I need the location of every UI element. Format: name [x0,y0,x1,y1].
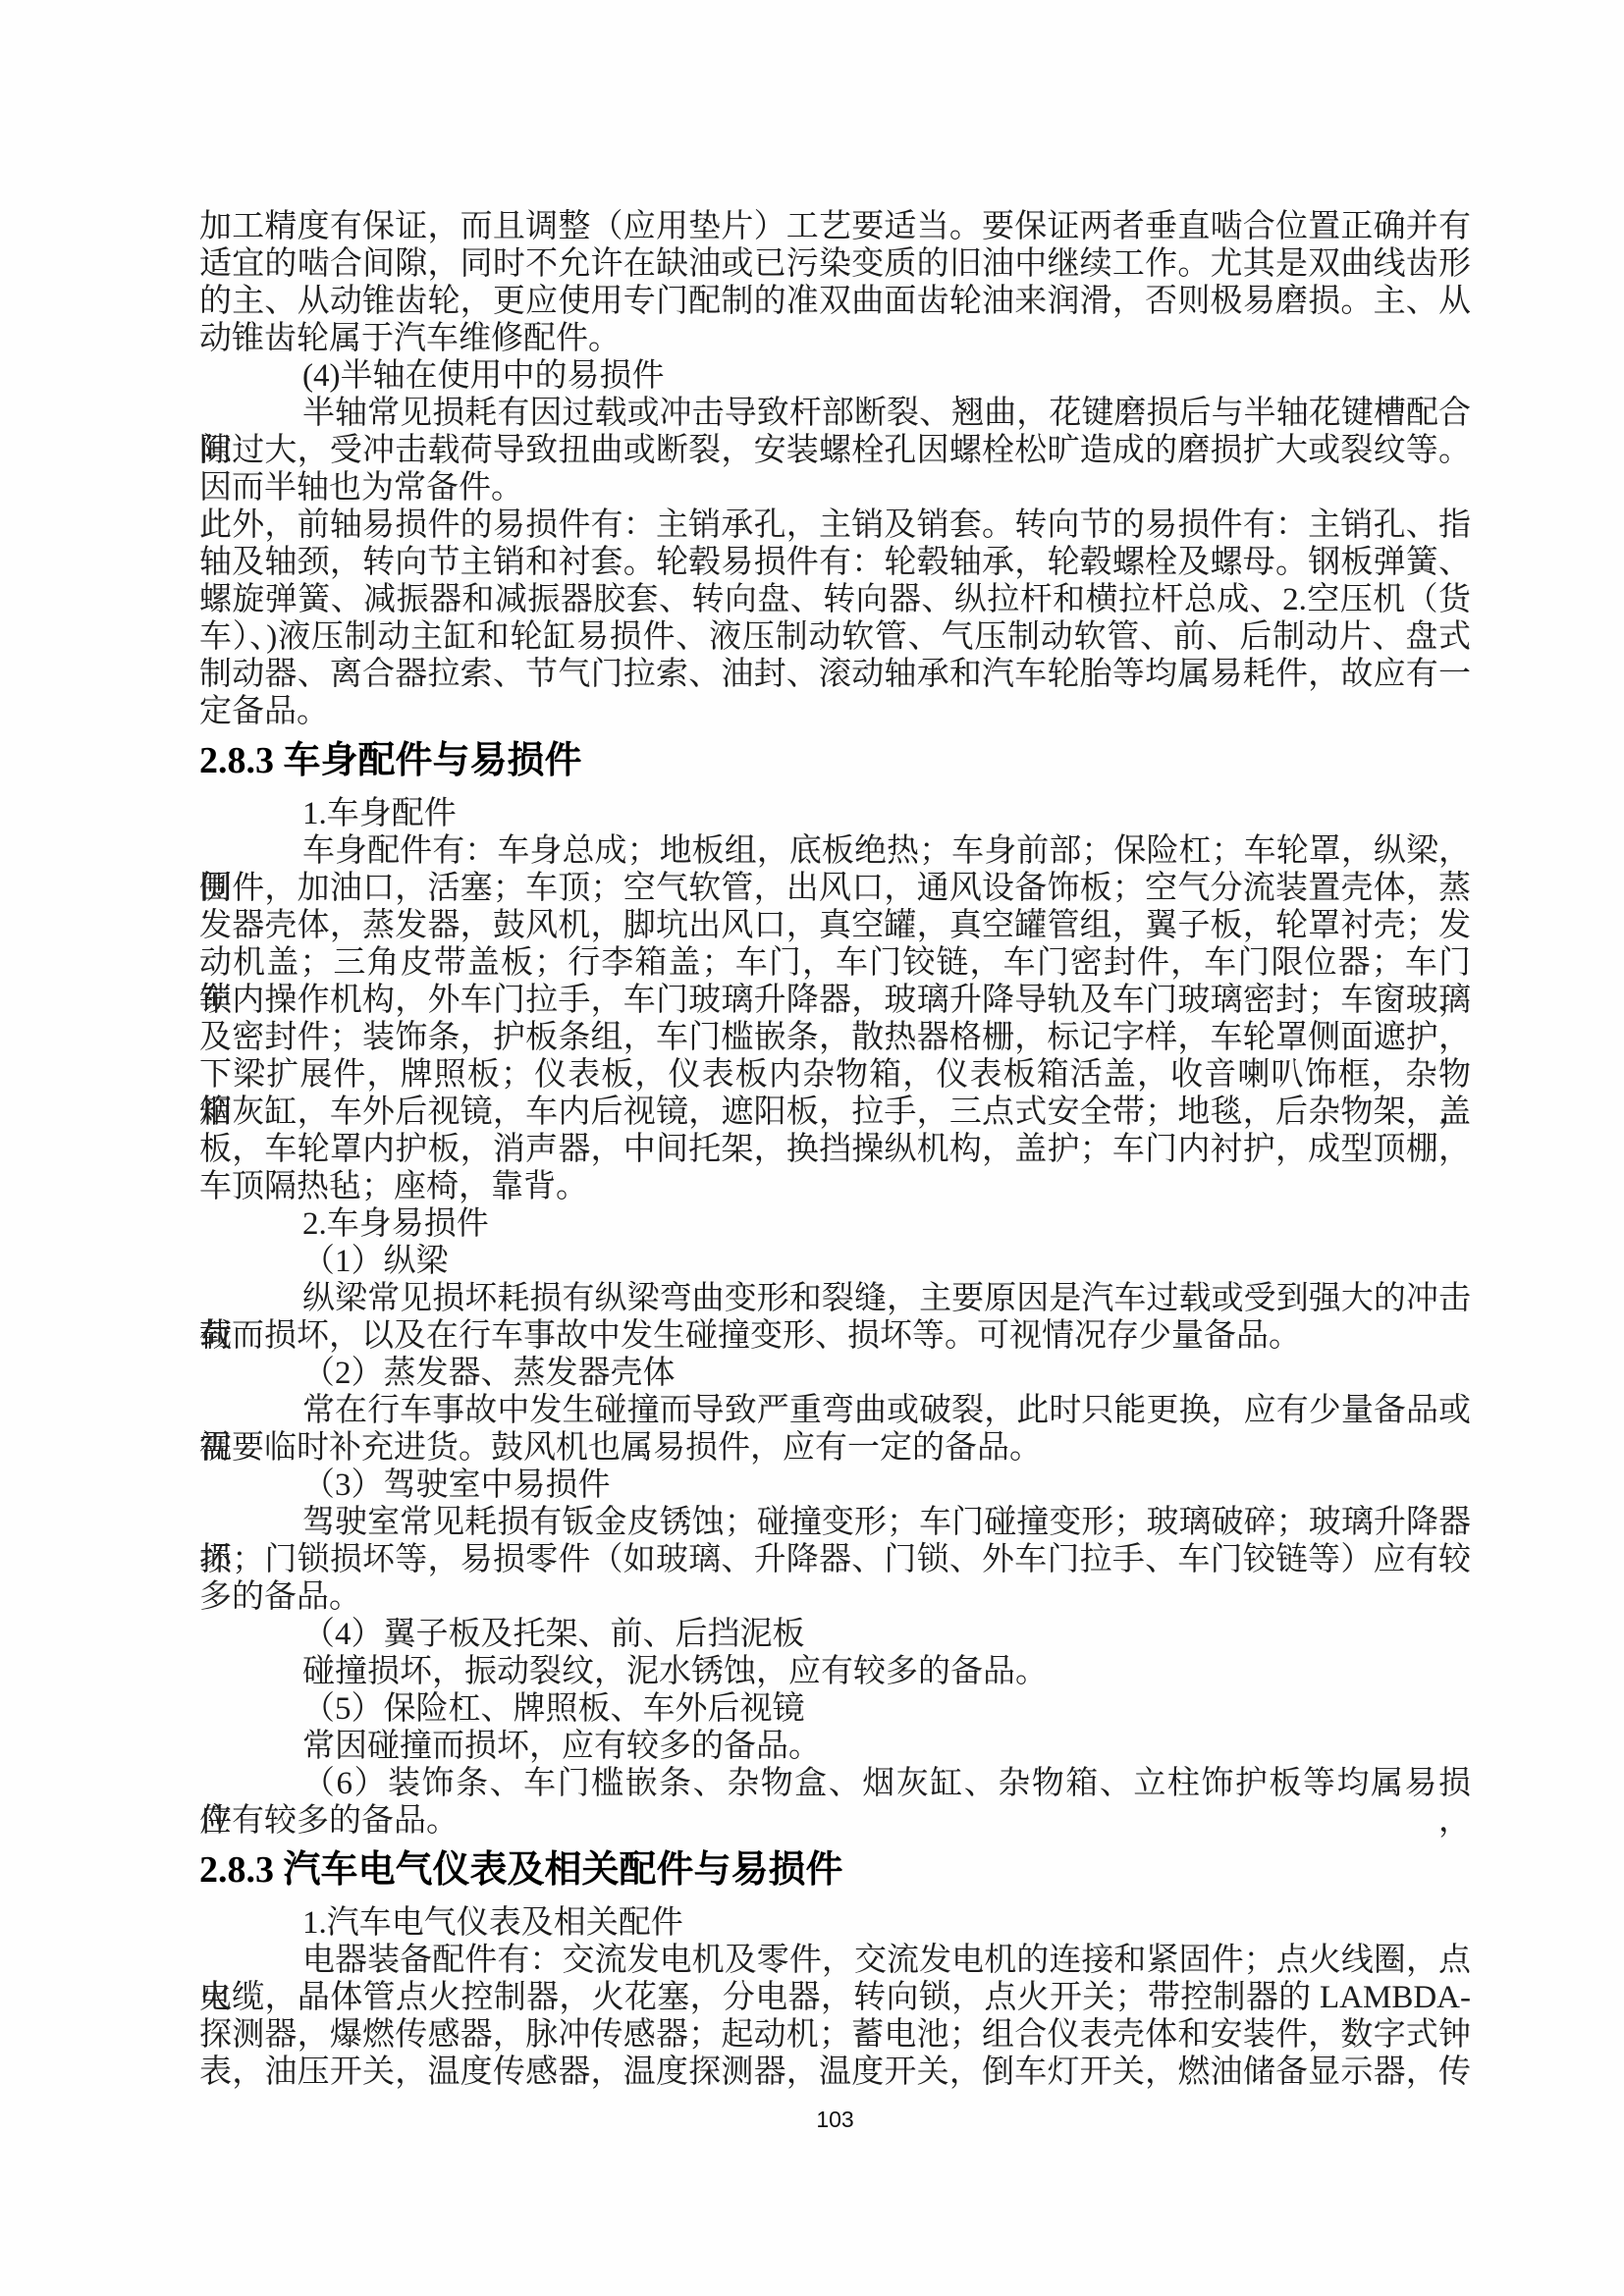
text-line: （2）蒸发器、蒸发器壳体 [199,1355,1471,1392]
text-line: 板，车轮罩内护板，消声器，中间托架，换挡操纵机构，盖护；车门内衬护，成型顶棚， [199,1131,1471,1168]
text-line: 车）、)液压制动主缸和轮缸易损件、液压制动软管、气压制动软管、前、后制动片、盘式 [199,618,1471,656]
document-body: 加工精度有保证，而且调整（应用垫片）工艺要适当。要保证两者垂直啮合位置正确并有适… [199,208,1471,2091]
text-line: 定备品。 [199,693,1471,730]
text-line: 车顶隔热毡；座椅，靠背。 [199,1168,1471,1205]
text-line: 发器壳体，蒸发器，鼓风机，脚坑出风口，真空罐，真空罐管组，翼子板，轮罩衬壳；发 [199,907,1471,944]
text-line: （6）装饰条、车门槛嵌条、杂物盒、烟灰缸、杂物箱、立柱饰护板等均属易损件， [199,1765,1471,1802]
text-line: 加工精度有保证，而且调整（应用垫片）工艺要适当。要保证两者垂直啮合位置正确并有 [199,208,1471,245]
text-line: 2.车身易损件 [199,1205,1471,1243]
text-line: 常在行车事故中发生碰撞而导致严重弯曲或破裂，此时只能更换，应有少量备品或视 [199,1392,1471,1429]
text-line: 及密封件；装饰条，护板条组，车门槛嵌条，散热器格栅，标记字样，车轮罩侧面遮护， [199,1019,1471,1056]
text-line: 烟灰缸，车外后视镜，车内后视镜，遮阳板，拉手，三点式安全带；地毯，后杂物架，盖 [199,1094,1471,1131]
text-line: 纵梁常见损坏耗损有纵梁弯曲变形和裂缝，主要原因是汽车过载或受到强大的冲击载 [199,1280,1471,1317]
text-line: 驾驶室常见耗损有钣金皮锈蚀；碰撞变形；车门碰撞变形；玻璃破碎；玻璃升降器损 [199,1504,1471,1541]
text-line: （1）纵梁 [199,1243,1471,1280]
text-line: 1.车身配件 [199,795,1471,832]
text-line: 需要临时补充进货。鼓风机也属易损件，应有一定的备品。 [199,1429,1471,1467]
text-line: 隙过大，受冲击载荷导致扭曲或断裂，安装螺栓孔因螺栓松旷造成的磨损扩大或裂纹等。 [199,432,1471,469]
text-line: 电缆，晶体管点火控制器，火花塞，分电器，转向锁，点火开关；带控制器的 LAMBD… [199,1979,1471,2016]
text-line: （4）翼子板及托架、前、后挡泥板 [199,1616,1471,1653]
text-line: 探测器，爆燃传感器，脉冲传感器；起动机；蓄电池；组合仪表壳体和安装件，数字式钟 [199,2016,1471,2054]
text-line: 荷而损坏，以及在行车事故中发生碰撞变形、损坏等。可视情况存少量备品。 [199,1317,1471,1355]
document-page: 加工精度有保证，而且调整（应用垫片）工艺要适当。要保证两者垂直啮合位置正确并有适… [0,0,1624,2296]
text-line: （3）驾驶室中易损件 [199,1467,1471,1504]
text-line: 此外，前轴易损件的易损件有：主销承孔，主销及销套。转向节的易损件有：主销孔、指 [199,507,1471,544]
text-line: 车身配件有：车身总成；地板组，底板绝热；车身前部；保险杠；车轮罩，纵梁，侧 [199,832,1471,870]
text-line: 下梁扩展件，牌照板；仪表板，仪表板内杂物箱，仪表板箱活盖，收音喇叭饰框，杂物箱， [199,1056,1471,1094]
text-line: 螺旋弹簧、减振器和减振器胶套、转向盘、转向器、纵拉杆和横拉杆总成、2.空压机（货 [199,581,1471,618]
text-line: 围件，加油口，活塞；车顶；空气软管，出风口，通风设备饰板；空气分流装置壳体，蒸 [199,870,1471,907]
text-line: （5）保险杠、牌照板、车外后视镜 [199,1690,1471,1728]
text-line: 轴及轴颈，转向节主销和衬套。轮毂易损件有：轮毂轴承，轮毂螺栓及螺母。钢板弹簧、 [199,544,1471,581]
text-line: 适宜的啮合间隙，同时不允许在缺油或已污染变质的旧油中继续工作。尤其是双曲线齿形 [199,245,1471,283]
page-number: 103 [199,2107,1471,2133]
text-line: (4)半轴在使用中的易损件 [199,357,1471,395]
section-heading: 2.8.3 车身配件与易损件 [199,738,1471,783]
text-line: 1.汽车电气仪表及相关配件 [199,1904,1471,1942]
text-line: 常因碰撞而损坏，应有较多的备品。 [199,1728,1471,1765]
text-line: 碰撞损坏，振动裂纹，泥水锈蚀，应有较多的备品。 [199,1653,1471,1690]
text-line: 半轴常见损耗有因过载或冲击导致杆部断裂、翘曲，花键磨损后与半轴花键槽配合间 [199,395,1471,432]
text-line: 坏；门锁损坏等，易损零件（如玻璃、升降器、门锁、外车门拉手、车门铰链等）应有较 [199,1541,1471,1578]
text-line: 动机盖；三角皮带盖板；行李箱盖；车门，车门铰链，车门密封件，车门限位器；车门锁， [199,944,1471,982]
text-line: 多的备品。 [199,1578,1471,1616]
section-heading: 2.8.3 汽车电气仪表及相关配件与易损件 [199,1847,1471,1893]
text-line: 因而半轴也为常备件。 [199,469,1471,507]
text-line: 的主、从动锥齿轮，更应使用专门配制的准双曲面齿轮油来润滑，否则极易磨损。主、从 [199,283,1471,320]
text-line: 表，油压开关，温度传感器，温度探测器，温度开关，倒车灯开关，燃油储备显示器，传 [199,2054,1471,2091]
text-line: 动锥齿轮属于汽车维修配件。 [199,320,1471,357]
text-line: 车内操作机构，外车门拉手，车门玻璃升降器，玻璃升降导轨及车门玻璃密封；车窗玻璃 [199,982,1471,1019]
text-line: 制动器、离合器拉索、节气门拉索、油封、滚动轴承和汽车轮胎等均属易耗件，故应有一 [199,656,1471,693]
text-line: 电器装备配件有：交流发电机及零件，交流发电机的连接和紧固件；点火线圈，点火 [199,1942,1471,1979]
